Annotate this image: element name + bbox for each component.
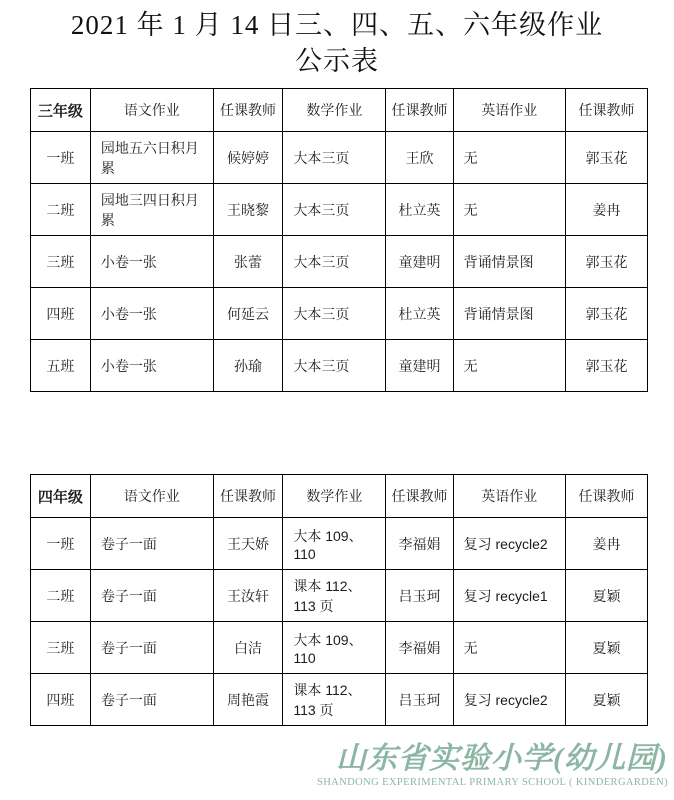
- math-homework-cell: 大本 109、110: [283, 518, 386, 570]
- chinese-homework-cell: 小卷一张: [90, 236, 213, 288]
- english-homework-cell: 背诵情景图: [453, 288, 565, 340]
- header-english-homework: 英语作业: [453, 89, 565, 132]
- english-homework-cell: 复习 recycle2: [453, 674, 565, 726]
- chinese-homework-cell: 园地三四日积月累: [90, 184, 213, 236]
- chinese-homework-cell: 小卷一张: [90, 288, 213, 340]
- english-teacher-cell: 郭玉花: [565, 132, 647, 184]
- page-title: 2021 年 1 月 14 日三、四、五、六年级作业 公示表: [0, 8, 674, 79]
- english-homework-cell: 无: [453, 132, 565, 184]
- english-teacher-cell: 夏颖: [565, 570, 647, 622]
- math-homework-cell: 大本 109、110: [283, 622, 386, 674]
- chinese-teacher-cell: 何延云: [213, 288, 283, 340]
- header-english-teacher: 任课教师: [565, 475, 647, 518]
- english-homework-cell: 复习 recycle1: [453, 570, 565, 622]
- header-chinese-homework: 语文作业: [90, 89, 213, 132]
- class-label-cell: 三班: [31, 622, 91, 674]
- math-teacher-cell: 童建明: [386, 340, 453, 392]
- english-homework-cell: 无: [453, 340, 565, 392]
- english-homework-cell: 无: [453, 622, 565, 674]
- class-label-cell: 四班: [31, 674, 91, 726]
- english-teacher-cell: 郭玉花: [565, 288, 647, 340]
- english-homework-cell: 无: [453, 184, 565, 236]
- chinese-homework-cell: 园地五六日积月累: [90, 132, 213, 184]
- english-teacher-cell: 郭玉花: [565, 340, 647, 392]
- chinese-homework-cell: 卷子一面: [90, 622, 213, 674]
- school-logo-english: SHANDONG EXPERIMENTAL PRIMARY SCHOOL ( K…: [317, 777, 668, 788]
- header-row: 三年级 语文作业 任课教师 数学作业 任课教师 英语作业 任课教师: [31, 89, 648, 132]
- chinese-teacher-cell: 王天娇: [213, 518, 283, 570]
- header-math-homework: 数学作业: [283, 89, 386, 132]
- table-row: 一班 园地五六日积月累 候婷婷 大本三页 王欣 无 郭玉花: [31, 132, 648, 184]
- class-label-cell: 二班: [31, 570, 91, 622]
- header-row: 四年级 语文作业 任课教师 数学作业 任课教师 英语作业 任课教师: [31, 475, 648, 518]
- school-logo: 山东省实验小学(幼儿园) SHANDONG EXPERIMENTAL PRIMA…: [317, 742, 668, 788]
- class-label-cell: 二班: [31, 184, 91, 236]
- header-english-teacher: 任课教师: [565, 89, 647, 132]
- chinese-homework-cell: 卷子一面: [90, 518, 213, 570]
- header-math-teacher: 任课教师: [386, 475, 453, 518]
- class-label-cell: 三班: [31, 236, 91, 288]
- math-teacher-cell: 童建明: [386, 236, 453, 288]
- class-label-cell: 一班: [31, 132, 91, 184]
- header-chinese-teacher: 任课教师: [213, 89, 283, 132]
- chinese-teacher-cell: 王汝轩: [213, 570, 283, 622]
- chinese-teacher-cell: 候婷婷: [213, 132, 283, 184]
- header-math-teacher: 任课教师: [386, 89, 453, 132]
- grade-label: 三年级: [31, 89, 91, 132]
- school-logo-chinese: 山东省实验小学(幼儿园): [317, 742, 668, 775]
- grade3-homework-table: 三年级 语文作业 任课教师 数学作业 任课教师 英语作业 任课教师 一班 园地五…: [30, 88, 648, 392]
- math-homework-cell: 大本三页: [283, 132, 386, 184]
- table-row: 四班 小卷一张 何延云 大本三页 杜立英 背诵情景图 郭玉花: [31, 288, 648, 340]
- math-homework-cell: 课本 112、113 页: [283, 570, 386, 622]
- math-teacher-cell: 李福娟: [386, 518, 453, 570]
- class-label-cell: 一班: [31, 518, 91, 570]
- chinese-homework-cell: 卷子一面: [90, 570, 213, 622]
- chinese-homework-cell: 卷子一面: [90, 674, 213, 726]
- title-line2: 公示表: [0, 44, 674, 80]
- grade-label: 四年级: [31, 475, 91, 518]
- table-row: 二班 园地三四日积月累 王晓黎 大本三页 杜立英 无 姜冉: [31, 184, 648, 236]
- math-teacher-cell: 杜立英: [386, 184, 453, 236]
- english-teacher-cell: 夏颖: [565, 674, 647, 726]
- math-homework-cell: 大本三页: [283, 340, 386, 392]
- header-chinese-homework: 语文作业: [90, 475, 213, 518]
- chinese-teacher-cell: 白洁: [213, 622, 283, 674]
- english-teacher-cell: 郭玉花: [565, 236, 647, 288]
- english-teacher-cell: 姜冉: [565, 518, 647, 570]
- chinese-teacher-cell: 周艳霞: [213, 674, 283, 726]
- document-page: 2021 年 1 月 14 日三、四、五、六年级作业 公示表 三年级 语文作业 …: [0, 0, 674, 800]
- header-english-homework: 英语作业: [453, 475, 565, 518]
- english-teacher-cell: 姜冉: [565, 184, 647, 236]
- chinese-homework-cell: 小卷一张: [90, 340, 213, 392]
- table-row: 三班 卷子一面 白洁 大本 109、110 李福娟 无 夏颖: [31, 622, 648, 674]
- math-teacher-cell: 吕玉珂: [386, 674, 453, 726]
- header-chinese-teacher: 任课教师: [213, 475, 283, 518]
- math-homework-cell: 大本三页: [283, 184, 386, 236]
- math-teacher-cell: 杜立英: [386, 288, 453, 340]
- math-homework-cell: 大本三页: [283, 236, 386, 288]
- english-homework-cell: 复习 recycle2: [453, 518, 565, 570]
- math-homework-cell: 课本 112、113 页: [283, 674, 386, 726]
- grade4-homework-table: 四年级 语文作业 任课教师 数学作业 任课教师 英语作业 任课教师 一班 卷子一…: [30, 474, 648, 726]
- chinese-teacher-cell: 张蕾: [213, 236, 283, 288]
- chinese-teacher-cell: 王晓黎: [213, 184, 283, 236]
- english-homework-cell: 背诵情景图: [453, 236, 565, 288]
- table-row: 一班 卷子一面 王天娇 大本 109、110 李福娟 复习 recycle2 姜…: [31, 518, 648, 570]
- math-homework-cell: 大本三页: [283, 288, 386, 340]
- table-row: 四班 卷子一面 周艳霞 课本 112、113 页 吕玉珂 复习 recycle2…: [31, 674, 648, 726]
- header-math-homework: 数学作业: [283, 475, 386, 518]
- class-label-cell: 五班: [31, 340, 91, 392]
- table-row: 二班 卷子一面 王汝轩 课本 112、113 页 吕玉珂 复习 recycle1…: [31, 570, 648, 622]
- english-teacher-cell: 夏颖: [565, 622, 647, 674]
- math-teacher-cell: 吕玉珂: [386, 570, 453, 622]
- math-teacher-cell: 李福娟: [386, 622, 453, 674]
- math-teacher-cell: 王欣: [386, 132, 453, 184]
- class-label-cell: 四班: [31, 288, 91, 340]
- chinese-teacher-cell: 孙瑜: [213, 340, 283, 392]
- title-line1: 2021 年 1 月 14 日三、四、五、六年级作业: [0, 8, 674, 44]
- table-row: 五班 小卷一张 孙瑜 大本三页 童建明 无 郭玉花: [31, 340, 648, 392]
- table-row: 三班 小卷一张 张蕾 大本三页 童建明 背诵情景图 郭玉花: [31, 236, 648, 288]
